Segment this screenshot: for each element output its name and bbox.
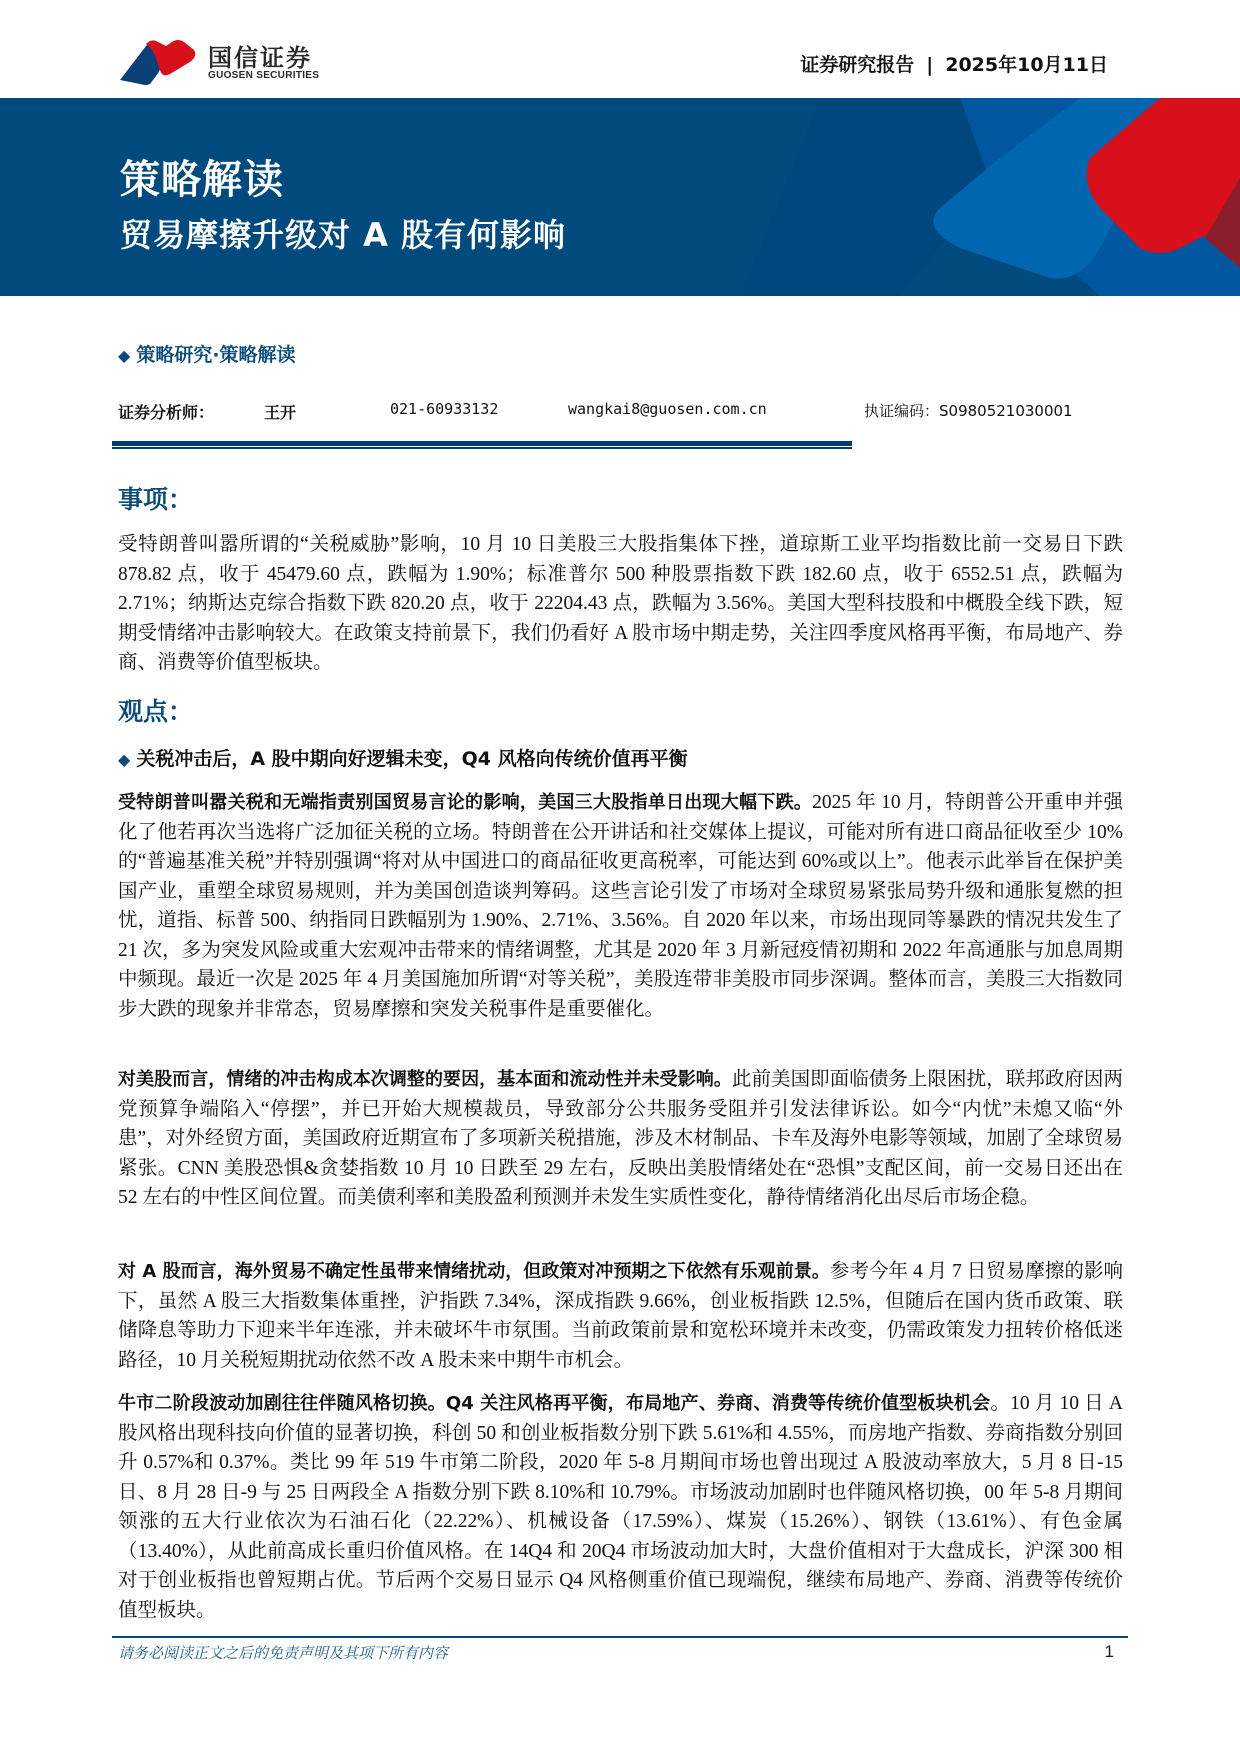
paragraph-lead: 牛市二阶段波动加剧往往伴随风格切换。Q4 关注风格再平衡，布局地产、券商、消费等… bbox=[118, 1393, 990, 1414]
logo-text-cn: 国信证券 bbox=[208, 38, 312, 73]
views-heading: 观点： bbox=[118, 692, 193, 728]
analyst-label: 证券分析师： bbox=[118, 400, 214, 423]
view-paragraph: 受特朗普叫嚣关税和无端指责别国贸易言论的影响，美国三大股指单日出现大幅下跌。20… bbox=[118, 788, 1123, 1024]
view-paragraph: 牛市二阶段波动加剧往往伴随风格切换。Q4 关注风格再平衡，布局地产、券商、消费等… bbox=[118, 1389, 1123, 1625]
separator: | bbox=[926, 54, 933, 76]
report-type-label: 证券研究报告 bbox=[800, 54, 914, 76]
divider bbox=[112, 441, 852, 446]
page-number: 1 bbox=[1105, 1642, 1114, 1662]
paragraph-lead: 受特朗普叫嚣关税和无端指责别国贸易言论的影响，美国三大股指单日出现大幅下跌。 bbox=[118, 792, 812, 813]
disclaimer-note: 请务必阅读正文之后的免责声明及其项下所有内容 bbox=[118, 1642, 448, 1663]
paragraph-lead: 对 A 股而言，海外贸易不确定性虽带来情绪扰动，但政策对冲预期之下依然有乐观前景… bbox=[118, 1261, 830, 1282]
footer-divider bbox=[112, 1636, 1128, 1638]
key-point-text: 关税冲击后，A 股中期向好逻辑未变，Q4 风格向传统价值再平衡 bbox=[136, 748, 687, 770]
divider bbox=[112, 447, 852, 449]
key-point-bullet: ◆关税冲击后，A 股中期向好逻辑未变，Q4 风格向传统价值再平衡 bbox=[118, 744, 688, 771]
paragraph-body: 2025 年 10 月，特朗普公开重申并强化了他若再次当选将广泛加征关税的立场。… bbox=[118, 792, 1123, 1020]
diamond-icon: ◆ bbox=[118, 750, 130, 769]
report-header: 国信证券 GUOSEN SECURITIES 证券研究报告|2025年10月11… bbox=[0, 0, 1240, 98]
analyst-cert-id: 执证编码：S0980521030001 bbox=[864, 400, 1073, 421]
report-category-title: 策略解读 bbox=[120, 148, 284, 205]
report-meta: 证券研究报告|2025年10月11日 bbox=[800, 50, 1108, 77]
logo-text-en: GUOSEN SECURITIES bbox=[208, 70, 319, 81]
title-banner: 策略解读 贸易摩擦升级对 A 股有何影响 bbox=[0, 98, 1240, 296]
diamond-icon: ◆ bbox=[118, 346, 130, 365]
events-paragraph: 受特朗普叫嚣所谓的“关税威胁”影响，10 月 10 日美股三大股指集体下挫，道琼… bbox=[118, 530, 1123, 678]
analyst-info: 证券分析师： 王开 021-60933132 wangkai8@guosen.c… bbox=[118, 400, 1118, 426]
category-label: 策略研究·策略解读 bbox=[136, 344, 295, 366]
report-title: 贸易摩擦升级对 A 股有何影响 bbox=[120, 210, 566, 256]
analyst-phone: 021-60933132 bbox=[390, 400, 498, 418]
analyst-name: 王开 bbox=[264, 400, 296, 423]
category-tag: ◆策略研究·策略解读 bbox=[118, 340, 296, 367]
view-paragraph: 对 A 股而言，海外贸易不确定性虽带来情绪扰动，但政策对冲预期之下依然有乐观前景… bbox=[118, 1257, 1123, 1375]
report-date: 2025年10月11日 bbox=[945, 54, 1108, 76]
events-heading: 事项： bbox=[118, 480, 193, 516]
paragraph-lead: 对美股而言，情绪的冲击构成本次调整的要因，基本面和流动性并未受影响。 bbox=[118, 1069, 732, 1090]
paragraph-body: 。10 月 10 日 A 股风格出现科技向价值的显著切换，科创 50 和创业板指… bbox=[118, 1393, 1123, 1621]
analyst-email[interactable]: wangkai8@guosen.com.cn bbox=[568, 400, 767, 418]
guosen-logo-icon bbox=[116, 36, 200, 86]
company-logo: 国信证券 GUOSEN SECURITIES bbox=[116, 36, 336, 86]
view-paragraph: 对美股而言，情绪的冲击构成本次调整的要因，基本面和流动性并未受影响。此前美国即面… bbox=[118, 1065, 1123, 1213]
